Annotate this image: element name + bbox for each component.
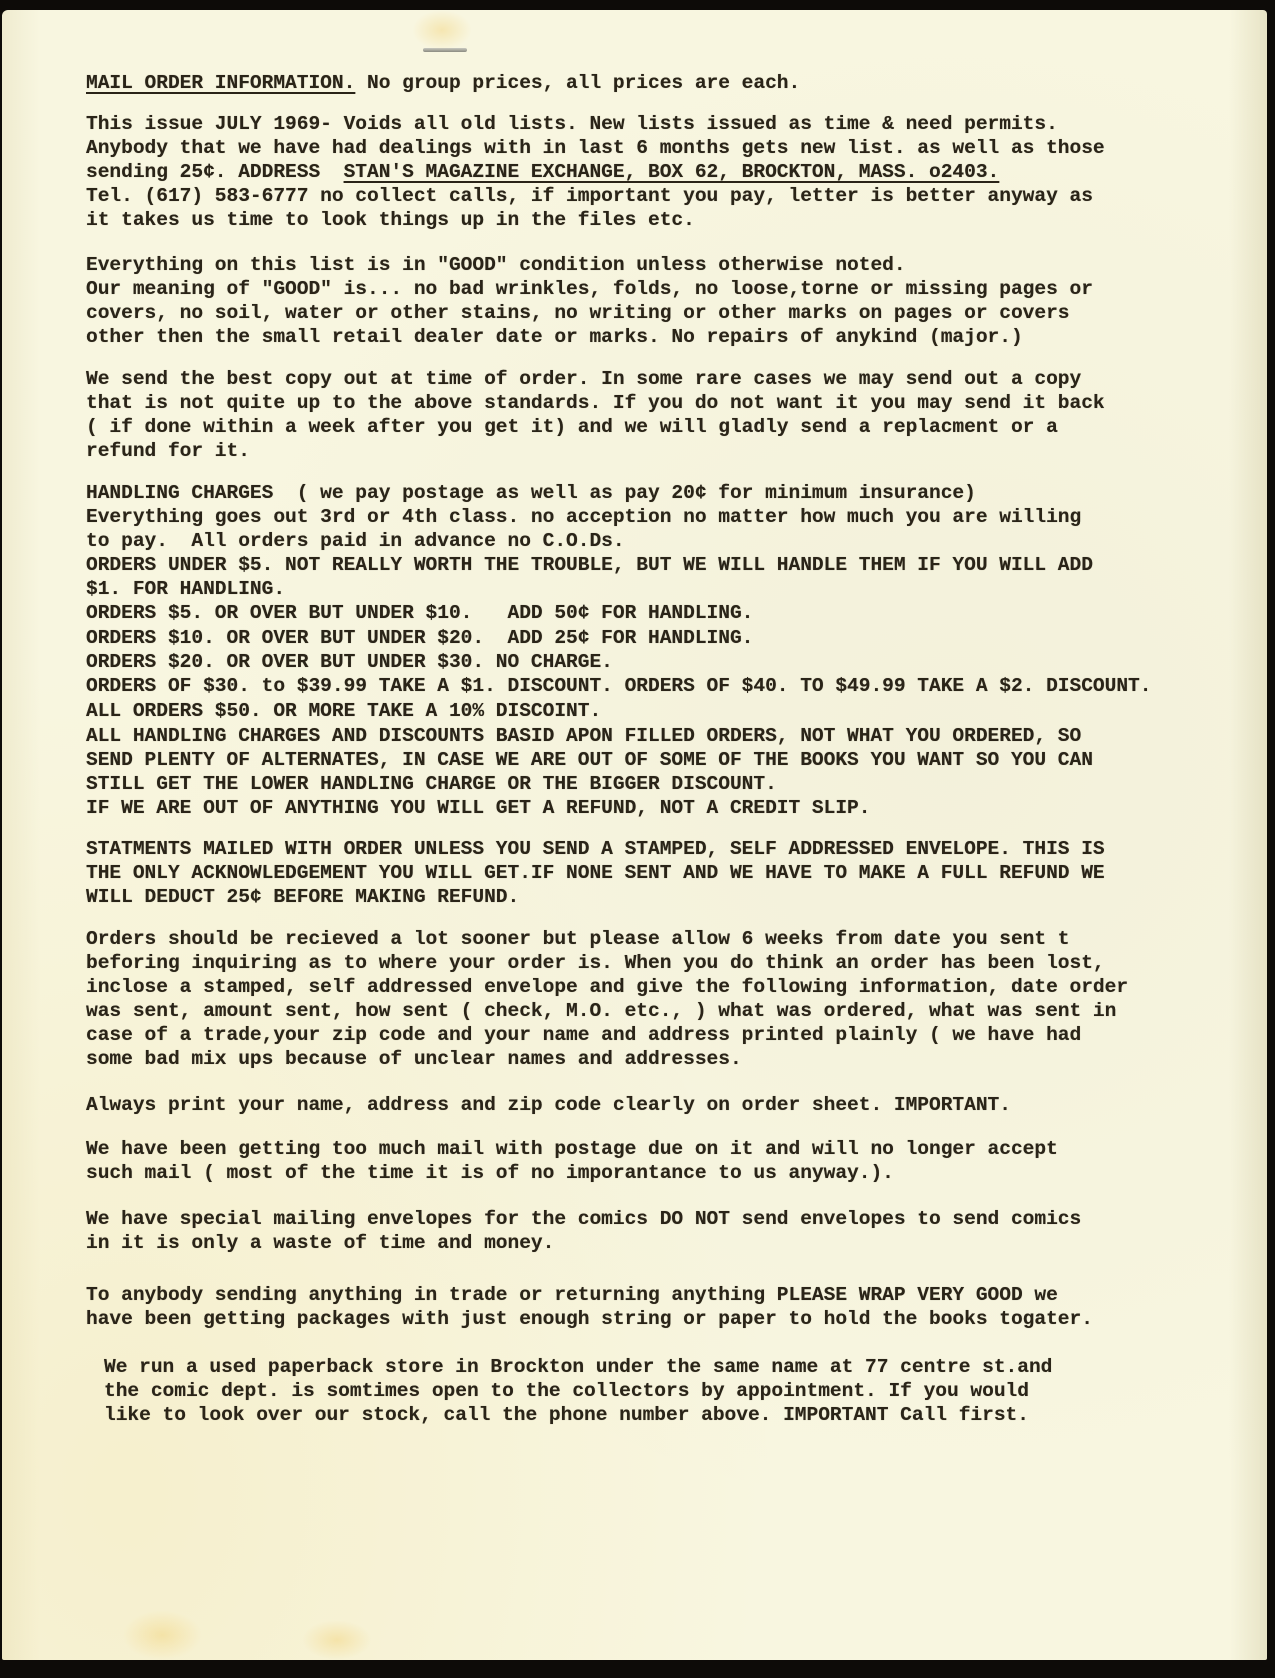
postage-line: We have been getting too much mail with … — [86, 1138, 1058, 1160]
store-line: like to look over our stock, call the ph… — [104, 1404, 1029, 1426]
best-copy-line: refund for it. — [86, 440, 250, 462]
envelopes-line: We have special mailing envelopes for th… — [86, 1208, 1081, 1230]
heading-note: No group prices, all prices are each. — [355, 72, 800, 94]
handling-line: to pay. All orders paid in advance no C.… — [86, 530, 625, 552]
handling-line: HANDLING CHARGES ( we pay postage as wel… — [86, 482, 976, 504]
always-line: Always print your name, address and zip … — [86, 1094, 1011, 1116]
store-line: the comic dept. is somtimes open to the … — [104, 1380, 1029, 1402]
issue-line: it takes us time to look things up in th… — [86, 209, 695, 231]
heading-title: MAIL ORDER INFORMATION. — [86, 72, 355, 94]
handling-line: ORDERS $10. OR OVER BUT UNDER $20. ADD 2… — [86, 627, 753, 649]
condition-line: Everything on this list is in "GOOD" con… — [86, 254, 906, 276]
handling-line: ORDERS UNDER $5. NOT REALLY WORTH THE TR… — [86, 554, 1093, 576]
condition-line: covers, no soil, water or other stains, … — [86, 302, 1070, 324]
handling-line: ORDERS $20. OR OVER BUT UNDER $30. NO CH… — [86, 651, 613, 673]
handling-line: IF WE ARE OUT OF ANYTHING YOU WILL GET A… — [86, 797, 870, 819]
wrap-line: have been getting packages with just eno… — [86, 1308, 1093, 1330]
mailing-address: STAN'S MAGAZINE EXCHANGE, BOX 62, BROCKT… — [344, 161, 1000, 183]
address-label: sending 25¢. ADDRESS — [86, 161, 344, 183]
document-page: MAIL ORDER INFORMATION. No group prices,… — [2, 10, 1267, 1660]
statements-line: STATMENTS MAILED WITH ORDER UNLESS YOU S… — [86, 838, 1105, 860]
postage-line: such mail ( most of the time it is of no… — [86, 1162, 894, 1184]
handling-line: ALL ORDERS $50. OR MORE TAKE A 10% DISCO… — [86, 700, 601, 722]
store-line: We run a used paperback store in Brockto… — [104, 1356, 1052, 1378]
handling-line: ORDERS $5. OR OVER BUT UNDER $10. ADD 50… — [86, 602, 753, 624]
orders-line: case of a trade,your zip code and your n… — [86, 1024, 1081, 1046]
handling-line: Everything goes out 3rd or 4th class. no… — [86, 506, 1081, 528]
best-copy-line: ( if done within a week after you get it… — [86, 416, 1058, 438]
statements-line: THE ONLY ACKNOWLEDGEMENT YOU WILL GET.IF… — [86, 862, 1105, 884]
issue-line: Anybody that we have had dealings with i… — [86, 137, 1105, 159]
paper-stain — [122, 1610, 202, 1660]
wrap-line: To anybody sending anything in trade or … — [86, 1284, 1058, 1306]
issue-line: sending 25¢. ADDRESS STAN'S MAGAZINE EXC… — [86, 161, 999, 183]
orders-line: beforing inquiring as to where your orde… — [86, 952, 1105, 974]
condition-line: Our meaning of "GOOD" is... no bad wrink… — [86, 278, 1093, 300]
orders-line: Orders should be recieved a lot sooner b… — [86, 928, 1070, 950]
orders-line: inclose a stamped, self addressed envelo… — [86, 976, 1128, 998]
statements-line: WILL DEDUCT 25¢ BEFORE MAKING REFUND. — [86, 886, 519, 908]
orders-line: some bad mix ups because of unclear name… — [86, 1048, 742, 1070]
issue-line: Tel. (617) 583-6777 no collect calls, if… — [86, 185, 1093, 207]
heading-line: MAIL ORDER INFORMATION. No group prices,… — [86, 72, 800, 94]
paper-stain — [302, 1620, 372, 1660]
handling-line: ORDERS OF $30. to $39.99 TAKE A $1. DISC… — [86, 675, 1151, 697]
best-copy-line: that is not quite up to the above standa… — [86, 392, 1105, 414]
best-copy-line: We send the best copy out at time of ord… — [86, 368, 1081, 390]
paper-stain — [412, 10, 472, 50]
envelopes-line: in it is only a waste of time and money. — [86, 1232, 554, 1254]
handling-line: ALL HANDLING CHARGES AND DISCOUNTS BASID… — [86, 725, 1081, 747]
handling-line: SEND PLENTY OF ALTERNATES, IN CASE WE AR… — [86, 749, 1093, 771]
condition-line: other then the small retail dealer date … — [86, 326, 1023, 348]
orders-line: was sent, amount sent, how sent ( check,… — [86, 1000, 1116, 1022]
handling-line: STILL GET THE LOWER HANDLING CHARGE OR T… — [86, 773, 777, 795]
handling-line: $1. FOR HANDLING. — [86, 578, 285, 600]
issue-line: This issue JULY 1969- Voids all old list… — [86, 113, 1058, 135]
